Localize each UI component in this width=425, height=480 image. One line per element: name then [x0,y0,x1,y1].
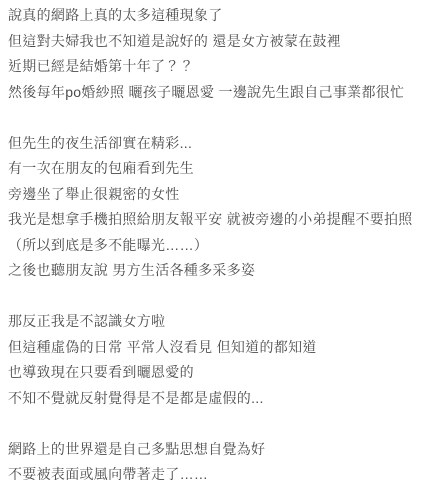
post-paragraph: 說真的網路上真的太多這種現象了但這對夫婦我也不知道是說好的 還是女方被蒙在鼓裡近… [8,3,419,105]
text-line: 有一次在朋友的包廂看到先生 [8,156,419,182]
text-line: 不要被表面或風向帶著走了…… [8,462,419,480]
post-body: 說真的網路上真的太多這種現象了但這對夫婦我也不知道是說好的 還是女方被蒙在鼓裡近… [0,0,425,480]
text-line: 也導致現在只要看到曬恩愛的 [8,360,419,386]
text-line: 然後每年po婚紗照 曬孩子曬恩愛 一邊說先生跟自己事業都很忙 [8,80,419,106]
text-line: 但這對夫婦我也不知道是說好的 還是女方被蒙在鼓裡 [8,29,419,55]
text-line: 近期已經是結婚第十年了？？ [8,54,419,80]
text-line: 說真的網路上真的太多這種現象了 [8,3,419,29]
text-line: 不知不覺就反射覺得是不是都是虛假的... [8,386,419,412]
text-line: 但先生的夜生活卻實在精彩... [8,131,419,157]
text-line: 但這種虛偽的日常 平常人沒看見 但知道的都知道 [8,335,419,361]
text-line: 網路上的世界還是自己多點思想自覺為好 [8,437,419,463]
post-paragraph: 網路上的世界還是自己多點思想自覺為好不要被表面或風向帶著走了…… [8,437,419,480]
text-line: 我光是想拿手機拍照給朋友報平安 就被旁邊的小弟提醒不要拍照 [8,207,419,233]
text-line: 之後也聽朋友說 男方生活各種多采多姿 [8,258,419,284]
post-paragraph: 那反正我是不認識女方啦但這種虛偽的日常 平常人沒看見 但知道的都知道也導致現在只… [8,309,419,411]
text-line: 那反正我是不認識女方啦 [8,309,419,335]
post-paragraph: 但先生的夜生活卻實在精彩...有一次在朋友的包廂看到先生旁邊坐了舉止很親密的女性… [8,131,419,284]
text-line: （所以到底是多不能曝光……） [8,233,419,259]
text-line: 旁邊坐了舉止很親密的女性 [8,182,419,208]
